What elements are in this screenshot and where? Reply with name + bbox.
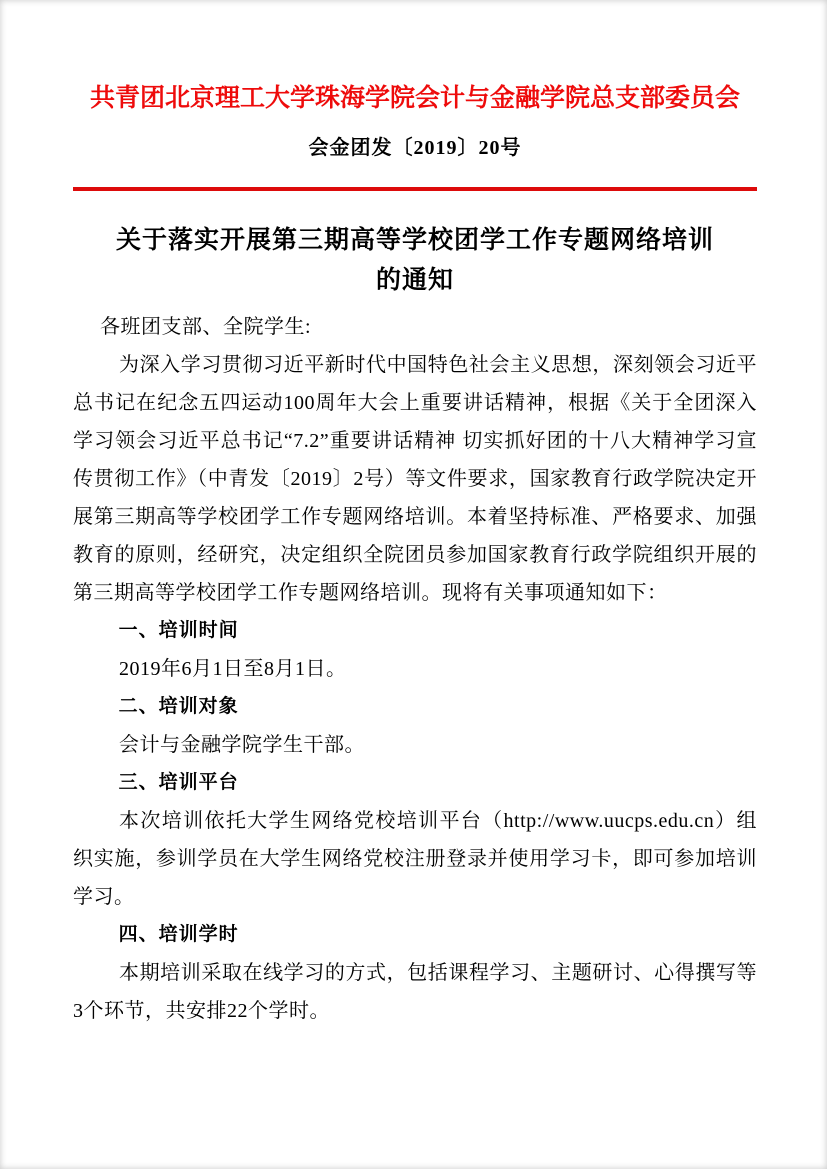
section-training-platform: 三、培训平台 本次培训依托大学生网络党校培训平台（http://www.uucp… xyxy=(73,764,757,916)
section-training-hours-heading: 四、培训学时 xyxy=(73,916,757,954)
section-training-time: 一、培训时间 2019年6月1日至8月1日。 xyxy=(73,612,757,688)
section-training-platform-heading: 三、培训平台 xyxy=(73,764,757,802)
section-training-audience-heading: 二、培训对象 xyxy=(73,688,757,726)
section-training-time-heading: 一、培训时间 xyxy=(73,612,757,650)
section-training-platform-body: 本次培训依托大学生网络党校培训平台（http://www.uucps.edu.c… xyxy=(73,802,757,916)
document-page: 共青团北京理工大学珠海学院会计与金融学院总支部委员会 会金团发〔2019〕20号… xyxy=(0,0,827,1169)
section-training-audience: 二、培训对象 会计与金融学院学生干部。 xyxy=(73,688,757,764)
notice-title-line1: 关于落实开展第三期高等学校团学工作专题网络培训 xyxy=(116,227,714,254)
letterhead-title: 共青团北京理工大学珠海学院会计与金融学院总支部委员会 xyxy=(73,82,757,116)
red-divider-line xyxy=(73,187,757,191)
salutation: 各班团支部、全院学生: xyxy=(73,308,757,346)
section-training-hours: 四、培训学时 本期培训采取在线学习的方式，包括课程学习、主题研讨、心得撰写等3个… xyxy=(73,916,757,1030)
notice-title: 关于落实开展第三期高等学校团学工作专题网络培训的通知 xyxy=(73,221,757,301)
section-training-hours-body: 本期培训采取在线学习的方式，包括课程学习、主题研讨、心得撰写等3个环节，共安排2… xyxy=(73,954,757,1030)
section-training-time-body: 2019年6月1日至8月1日。 xyxy=(73,650,757,688)
notice-title-line2: 的通知 xyxy=(376,267,454,294)
document-number: 会金团发〔2019〕20号 xyxy=(73,136,757,160)
intro-paragraph: 为深入学习贯彻习近平新时代中国特色社会主义思想，深刻领会习近平总书记在纪念五四运… xyxy=(73,346,757,612)
section-training-audience-body: 会计与金融学院学生干部。 xyxy=(73,726,757,764)
